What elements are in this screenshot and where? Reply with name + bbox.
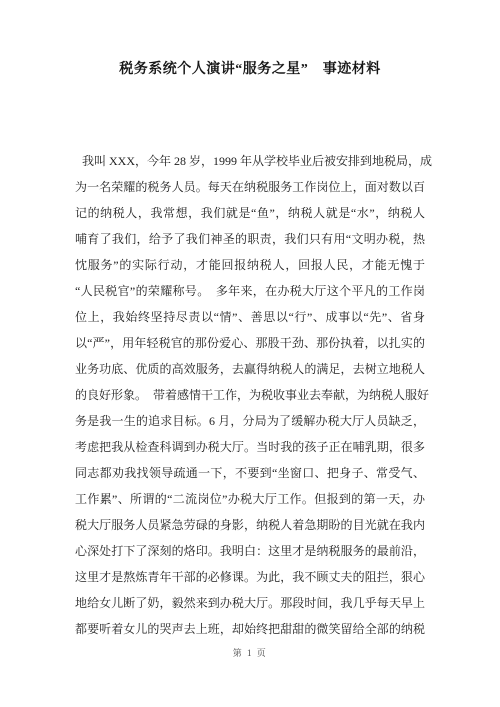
body-line: 考虑把我从检查科调到办税大厅。当时我的孩子正在哺乳期，很多 xyxy=(75,434,425,460)
body-line: 哺育了我们，给予了我们神圣的职责，我们只有用“文明办税，热 xyxy=(75,226,425,252)
body-line: 工作累”、所谓的“二流岗位”办税大厅工作。但报到的第一天，办 xyxy=(75,486,425,512)
body-line: 为一名荣耀的税务人员。每天在纳税服务工作岗位上，面对数以百 xyxy=(75,174,425,200)
body-line: 务是我一生的追求目标。6 月，分局为了缓解办税大厅人员缺乏， xyxy=(75,408,425,434)
document-body: 我叫 XXX，今年 28 岁，1999 年从学校毕业后被安排到地税局，成 为一名… xyxy=(75,148,425,642)
page-number-footer: 第 1 页 xyxy=(0,646,500,659)
body-line: 以“严”，用年轻税官的那份爱心、那股干劲、那份执着，以扎实的 xyxy=(75,330,425,356)
document-title: 税务系统个人演讲“服务之星” 事迹材料 xyxy=(0,60,500,79)
body-line: 地给女儿断了奶，毅然来到办税大厅。那段时间，我几乎每天早上 xyxy=(75,590,425,616)
body-line: 都要听着女儿的哭声去上班，却始终把甜甜的微笑留给全部的纳税 xyxy=(75,616,425,642)
body-line: 同志都劝我找领导疏通一下，不要到“坐窗口、把身子、常受气、 xyxy=(75,460,425,486)
body-line: 业务功底、优质的高效服务，去赢得纳税人的满足，去树立地税人 xyxy=(75,356,425,382)
body-line: 税大厅服务人员紧急劳碌的身影，纳税人着急期盼的目光就在我内 xyxy=(75,512,425,538)
body-line: 记的纳税人，我常想，我们就是“鱼”，纳税人就是“水”，纳税人 xyxy=(75,200,425,226)
document-page: 税务系统个人演讲“服务之星” 事迹材料 我叫 XXX，今年 28 岁，1999 … xyxy=(0,0,500,707)
body-line: 忱服务”的实际行动，才能回报纳税人，回报人民，才能无愧于 xyxy=(75,252,425,278)
body-line: 我叫 XXX，今年 28 岁，1999 年从学校毕业后被安排到地税局，成 xyxy=(75,148,425,174)
body-line: 这里才是熬炼青年干部的必修课。为此，我不顾丈夫的阻拦，狠心 xyxy=(75,564,425,590)
body-line: “人民税官”的荣耀称号。 多年来，在办税大厅这个平凡的工作岗 xyxy=(75,278,425,304)
body-line: 心深处打下了深刻的烙印。我明白：这里才是纳税服务的最前沿， xyxy=(75,538,425,564)
body-line: 的良好形象。 带着感情干工作，为税收事业去奉献，为纳税人服好 xyxy=(75,382,425,408)
body-line: 位上，我始终坚持尽责以“情”、善思以“行”、成事以“先”、省身 xyxy=(75,304,425,330)
